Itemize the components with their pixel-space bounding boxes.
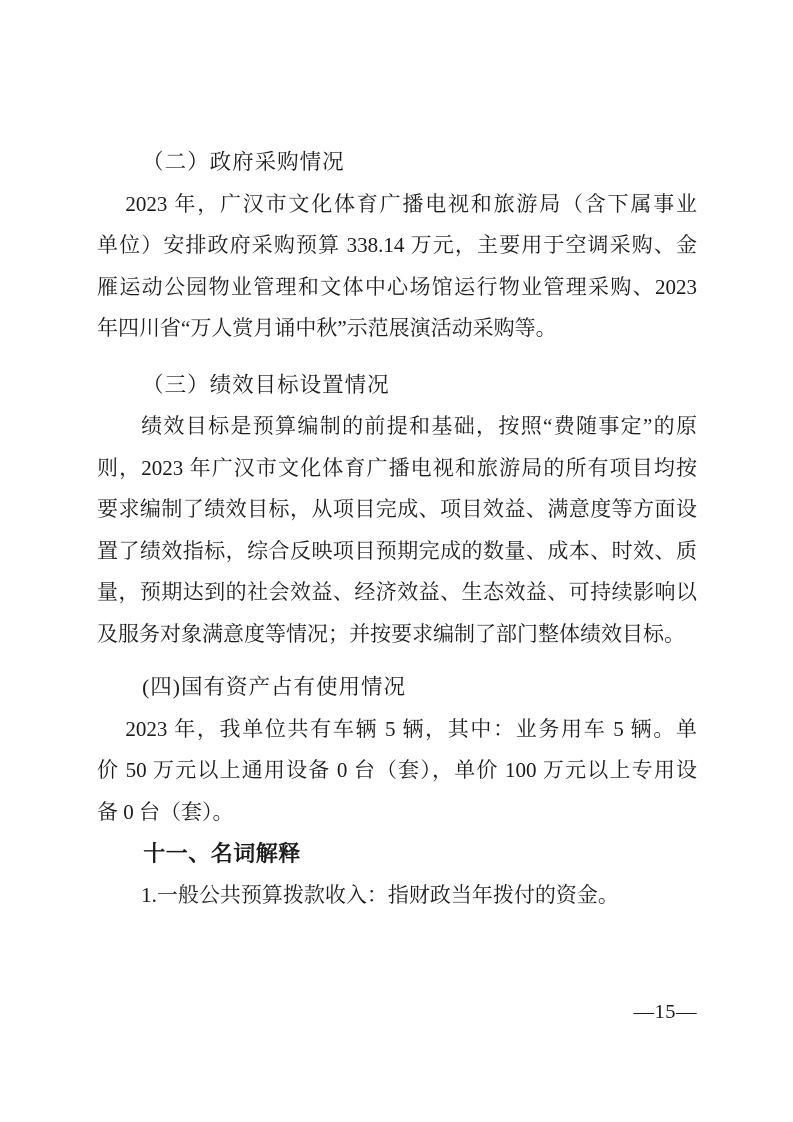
- section-government-procurement: （二）政府采购情况 2023 年，广汉市文化体育广播电视和旅游局（含下属事业 单…: [97, 142, 697, 350]
- section-glossary: 十一、名词解释 1.一般公共预算拨款收入：指财政当年拨付的资金。: [97, 833, 697, 916]
- document-page: （二）政府采购情况 2023 年，广汉市文化体育广播电视和旅游局（含下属事业 单…: [0, 0, 793, 1122]
- section-heading: (四)国有资产占有使用情况: [97, 667, 697, 709]
- paragraph-line: 绩效目标是预算编制的前提和基础，按照“费随事定”的原: [97, 406, 697, 448]
- section-performance-targets: （三）绩效目标设置情况 绩效目标是预算编制的前提和基础，按照“费随事定”的原 则…: [97, 365, 697, 656]
- page-number: —15—: [97, 1000, 697, 1024]
- paragraph-line: 2023 年，我单位共有车辆 5 辆，其中：业务用车 5 辆。单: [97, 709, 697, 751]
- paragraph-line: 2023 年，广汉市文化体育广播电视和旅游局（含下属事业: [97, 184, 697, 226]
- paragraph-line: 置了绩效指标，综合反映项目预期完成的数量、成本、时效、质: [97, 531, 697, 573]
- paragraph-line: 则，2023 年广汉市文化体育广播电视和旅游局的所有项目均按: [97, 448, 697, 490]
- paragraph-line: 备 0 台（套）。: [97, 792, 697, 834]
- paragraph-line: 价 50 万元以上通用设备 0 台（套），单价 100 万元以上专用设: [97, 750, 697, 792]
- section-heading: 十一、名词解释: [97, 833, 697, 875]
- section-heading: （三）绩效目标设置情况: [97, 365, 697, 407]
- paragraph-line: 1.一般公共预算拨款收入：指财政当年拨付的资金。: [97, 875, 697, 917]
- paragraph-line: 年四川省“万人赏月诵中秋”示范展演活动采购等。: [97, 308, 697, 350]
- section-state-assets: (四)国有资产占有使用情况 2023 年，我单位共有车辆 5 辆，其中：业务用车…: [97, 667, 697, 833]
- paragraph-line: 要求编制了绩效目标，从项目完成、项目效益、满意度等方面设: [97, 489, 697, 531]
- paragraph-line: 雁运动公园物业管理和文体中心场馆运行物业管理采购、2023: [97, 267, 697, 309]
- paragraph-line: 量，预期达到的社会效益、经济效益、生态效益、可持续影响以: [97, 572, 697, 614]
- document-content: （二）政府采购情况 2023 年，广汉市文化体育广播电视和旅游局（含下属事业 单…: [97, 142, 697, 916]
- paragraph-line: 单位）安排政府采购预算 338.14 万元，主要用于空调采购、金: [97, 225, 697, 267]
- paragraph-line: 及服务对象满意度等情况；并按要求编制了部门整体绩效目标。: [97, 614, 697, 656]
- section-heading: （二）政府采购情况: [97, 142, 697, 184]
